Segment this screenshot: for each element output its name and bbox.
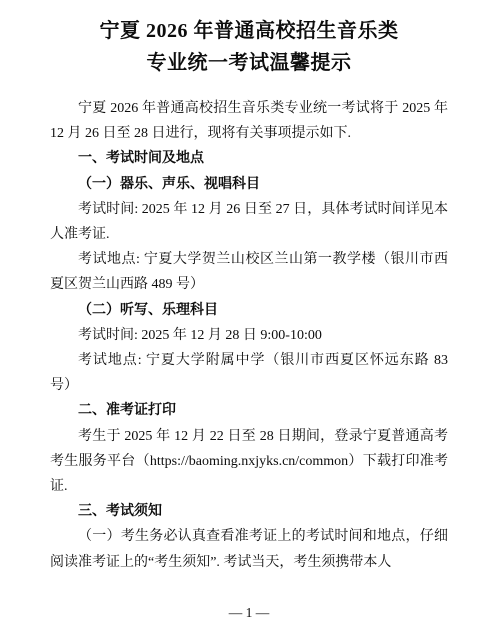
exam-location-paragraph-2: 考试地点: 宁夏大学附属中学（银川市西夏区怀远东路 83 号） bbox=[50, 348, 448, 398]
section-3-heading: 三、考试须知 bbox=[50, 499, 448, 524]
portal-url-link[interactable]: https://baoming.nxjyks.cn/common bbox=[150, 454, 348, 469]
document-page: 宁夏 2026 年普通高校招生音乐类 专业统一考试温馨提示 宁夏 2026 年普… bbox=[0, 0, 498, 629]
exam-location-paragraph-1: 考试地点: 宁夏大学贺兰山校区兰山第一教学楼（银川市西夏区贺兰山西路 489 号… bbox=[50, 247, 448, 297]
section-1-heading: 一、考试时间及地点 bbox=[50, 146, 448, 171]
document-body: 宁夏 2026 年普通高校招生音乐类专业统一考试将于 2025 年 12 月 2… bbox=[50, 96, 448, 575]
exam-time-paragraph-1: 考试时间: 2025 年 12 月 26 日至 27 日，具体考试时间详见本人准… bbox=[50, 197, 448, 247]
ticket-print-paragraph: 考生于 2025 年 12 月 22 日至 28 日期间，登录宁夏普通高考考生服… bbox=[50, 424, 448, 500]
title-line-2: 专业统一考试温馨提示 bbox=[0, 47, 498, 79]
section-2-heading: 二、准考证打印 bbox=[50, 398, 448, 423]
document-title: 宁夏 2026 年普通高校招生音乐类 专业统一考试温馨提示 bbox=[0, 0, 498, 79]
intro-paragraph: 宁夏 2026 年普通高校招生音乐类专业统一考试将于 2025 年 12 月 2… bbox=[50, 96, 448, 146]
subsection-2-heading: （二）听写、乐理科目 bbox=[50, 298, 448, 323]
subsection-1-heading: （一）器乐、声乐、视唱科目 bbox=[50, 172, 448, 197]
exam-time-paragraph-2: 考试时间: 2025 年 12 月 28 日 9:00-10:00 bbox=[50, 323, 448, 348]
title-line-1: 宁夏 2026 年普通高校招生音乐类 bbox=[0, 15, 498, 47]
exam-notes-paragraph: （一）考生务必认真查看准考证上的考试时间和地点，仔细阅读准考证上的“考生须知”.… bbox=[50, 524, 448, 574]
page-number: — 1 — bbox=[0, 604, 498, 622]
